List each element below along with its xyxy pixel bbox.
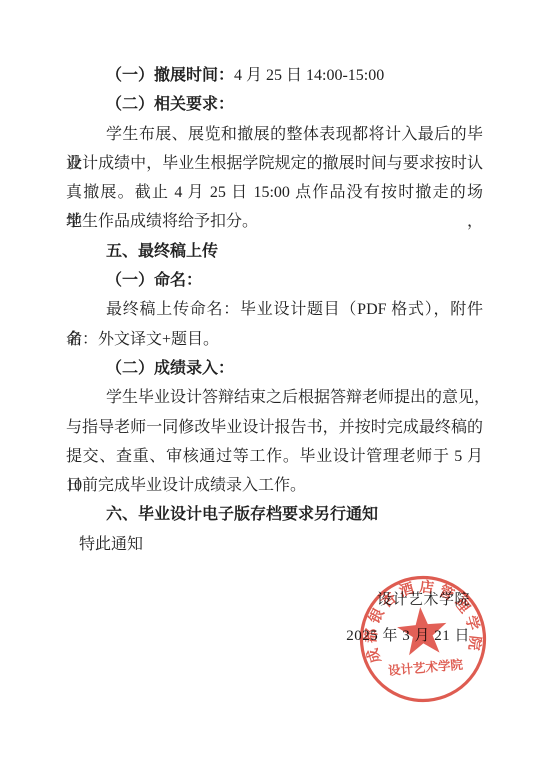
signature-date: 2025 年 3 月 21 日 — [346, 628, 470, 645]
document-line: 名：外文译文+题目。 — [66, 325, 483, 354]
document-line: 五、最终稿上传 — [66, 237, 483, 266]
document-body: （一）撤展时间：4 月 25 日 14:00-15:00 （二）相关要求： 学生… — [66, 61, 483, 559]
seal-bottom-text: 设计艺术学院 — [387, 657, 464, 679]
document-line: （一）撤展时间：4 月 25 日 14:00-15:00 — [66, 61, 483, 90]
line-body-text: 特此通知 — [79, 536, 143, 553]
document-line: 学生毕业设计答辩结束之后根据答辩老师提出的意见， — [66, 383, 483, 412]
document-line: （二）成绩录入： — [66, 354, 483, 383]
document-line: 最终稿上传命名：毕业设计题目（PDF 格式），附件命 — [66, 295, 483, 324]
line-body-text: 日前完成毕业设计成绩录入工作。 — [66, 477, 306, 494]
line-heading-text: （二）相关要求： — [106, 96, 234, 113]
line-heading-text: （一）撤展时间： — [106, 67, 234, 84]
line-heading-text: 六、毕业设计电子版存档要求另行通知 — [106, 506, 378, 523]
line-body-text: 设计成绩中，毕业生根据学院规定的撤展时间与要求按时认 — [66, 155, 483, 172]
document-line: 设计成绩中，毕业生根据学院规定的撤展时间与要求按时认 — [66, 149, 483, 178]
document-line: 六、毕业设计电子版存档要求另行通知 — [66, 500, 483, 529]
line-body-text: 4 月 25 日 14:00-15:00 — [234, 67, 384, 84]
document-line: （一）命名： — [66, 266, 483, 295]
document-line: （二）相关要求： — [66, 90, 483, 119]
document-line: 真撤展。截止 4 月 25 日 15:00 点作品没有按时撤走的场地， — [66, 178, 483, 207]
seal-arc-text: 成都银杏酒店管理学院 — [357, 572, 486, 665]
document-line: 与指导老师一同修改毕业设计报告书，并按时完成最终稿的 — [66, 413, 483, 442]
document-page: （一）撤展时间：4 月 25 日 14:00-15:00 （二）相关要求： 学生… — [0, 0, 546, 777]
line-body-text: 与指导老师一同修改毕业设计报告书，并按时完成最终稿的 — [66, 419, 483, 436]
line-body-text: 学生毕业设计答辩结束之后根据答辩老师提出的意见， — [106, 389, 490, 406]
line-heading-text: 五、最终稿上传 — [106, 243, 218, 260]
document-line: 特此通知 — [66, 530, 483, 559]
document-line: 提交、查重、审核通过等工作。毕业设计管理老师于 5 月 10 — [66, 442, 483, 471]
line-heading-text: （一）命名： — [106, 272, 202, 289]
line-heading-text: （二）成绩录入： — [106, 360, 234, 377]
signature-org: 设计艺术学院 — [377, 592, 470, 609]
document-line: 日前完成毕业设计成绩录入工作。 — [66, 471, 483, 500]
svg-text:成都银杏酒店管理学院: 成都银杏酒店管理学院 — [357, 572, 486, 665]
line-body-text: 学生作品成绩将给予扣分。 — [66, 213, 258, 230]
document-line: 学生布展、展览和撤展的整体表现都将计入最后的毕业 — [66, 120, 483, 149]
line-body-text: 名：外文译文+题目。 — [66, 331, 219, 348]
